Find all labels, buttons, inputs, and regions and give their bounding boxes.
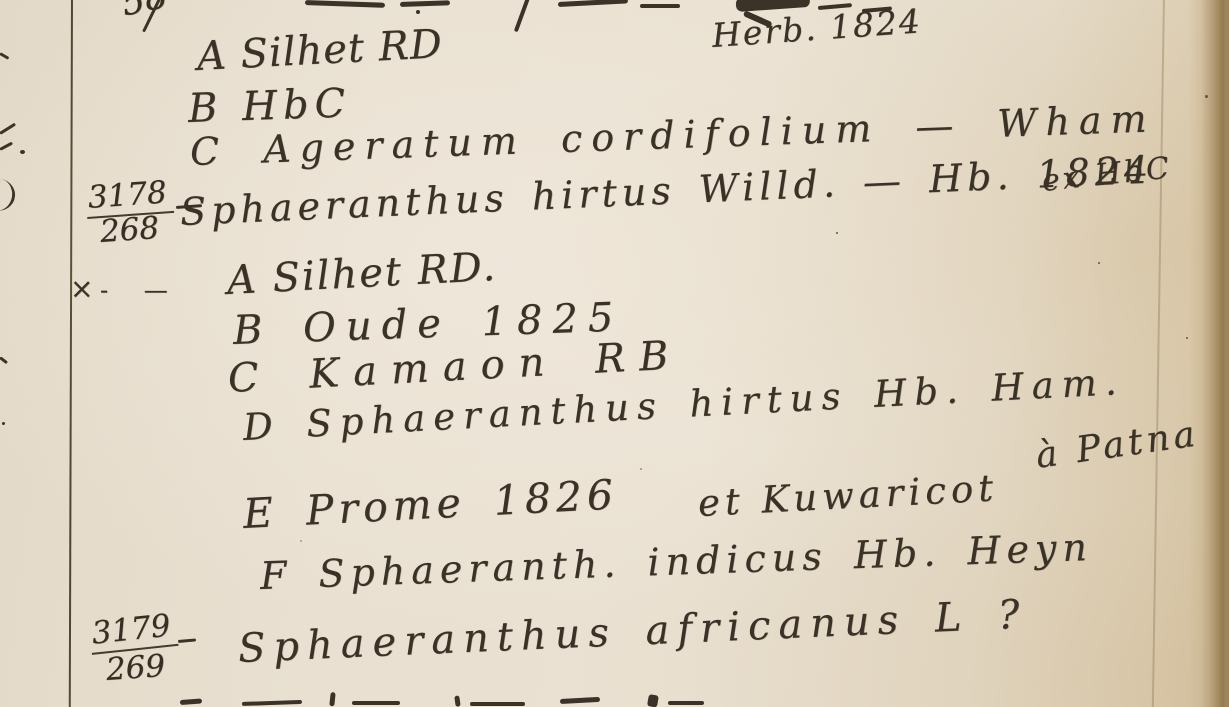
ink-stroke-fragment (514, 0, 530, 32)
cutoff-number-fragment: 58 (118, 0, 171, 25)
prev-entry-item-a: A Silhet RD (196, 21, 444, 80)
entry-3178-item-f: F Sphaeranth. indicus Hb. Heyn (259, 525, 1093, 598)
paper-speck (836, 232, 838, 234)
ink-stroke-fragment (454, 695, 460, 707)
paper-speck (1186, 337, 1188, 339)
paper-speck (300, 540, 302, 542)
entry-3179-collection-number: 269 (105, 648, 167, 688)
ink-stroke-fragment (305, 0, 385, 8)
ink-stroke-fragment (0, 179, 17, 213)
ink-stroke-fragment (0, 52, 9, 60)
ink-stroke-fragment (242, 700, 302, 706)
ink-stroke-fragment (180, 698, 202, 705)
ink-stroke-fragment (647, 694, 659, 707)
entry-3178-item-d-place2: et Kuwaricot (697, 466, 999, 525)
ink-stroke-fragment (470, 702, 525, 706)
ink-stroke-fragment (0, 142, 13, 151)
ink-stroke-fragment (416, 10, 420, 14)
page-edge-shadow (1189, 0, 1229, 707)
ink-stroke-fragment (352, 701, 400, 705)
catalog-number-top: 3179 (88, 607, 179, 655)
paper-speck (640, 468, 642, 470)
ink-stroke-fragment (0, 123, 16, 135)
ink-stroke-fragment (668, 701, 704, 705)
paper-speck (1098, 262, 1100, 264)
margin-cross-mark: × (70, 272, 93, 305)
ink-stroke-fragment (0, 356, 8, 364)
entry-3179-species-line: Sphaeranthus africanus L ? (237, 592, 1028, 672)
entry-3178-item-d-place: à Patna (1033, 413, 1201, 476)
ink-stroke-fragment (640, 4, 680, 8)
ink-stroke-fragment (20, 150, 25, 154)
entry-3178-collection-number: 268 (99, 210, 161, 250)
ink-stroke-fragment (329, 692, 335, 706)
ink-stroke-fragment (558, 0, 628, 7)
entry-3178-item-e: E Prome 1826 (242, 470, 619, 538)
ink-stroke-fragment (400, 0, 450, 7)
paper-speck (1205, 95, 1208, 98)
margin-dashes: - — (100, 276, 182, 304)
ink-stroke-fragment (178, 638, 196, 642)
ink-stroke-fragment (2, 422, 5, 425)
manuscript-page: 58 Herb. 1824 A Silhet RD B HbC C Agerat… (0, 0, 1229, 707)
entry-3178-item-a: A Silhet RD. (226, 244, 498, 304)
margin-rule-line (69, 0, 73, 707)
entry-3179-catalog-number: 3179 (88, 607, 179, 655)
ink-stroke-fragment (560, 697, 600, 704)
